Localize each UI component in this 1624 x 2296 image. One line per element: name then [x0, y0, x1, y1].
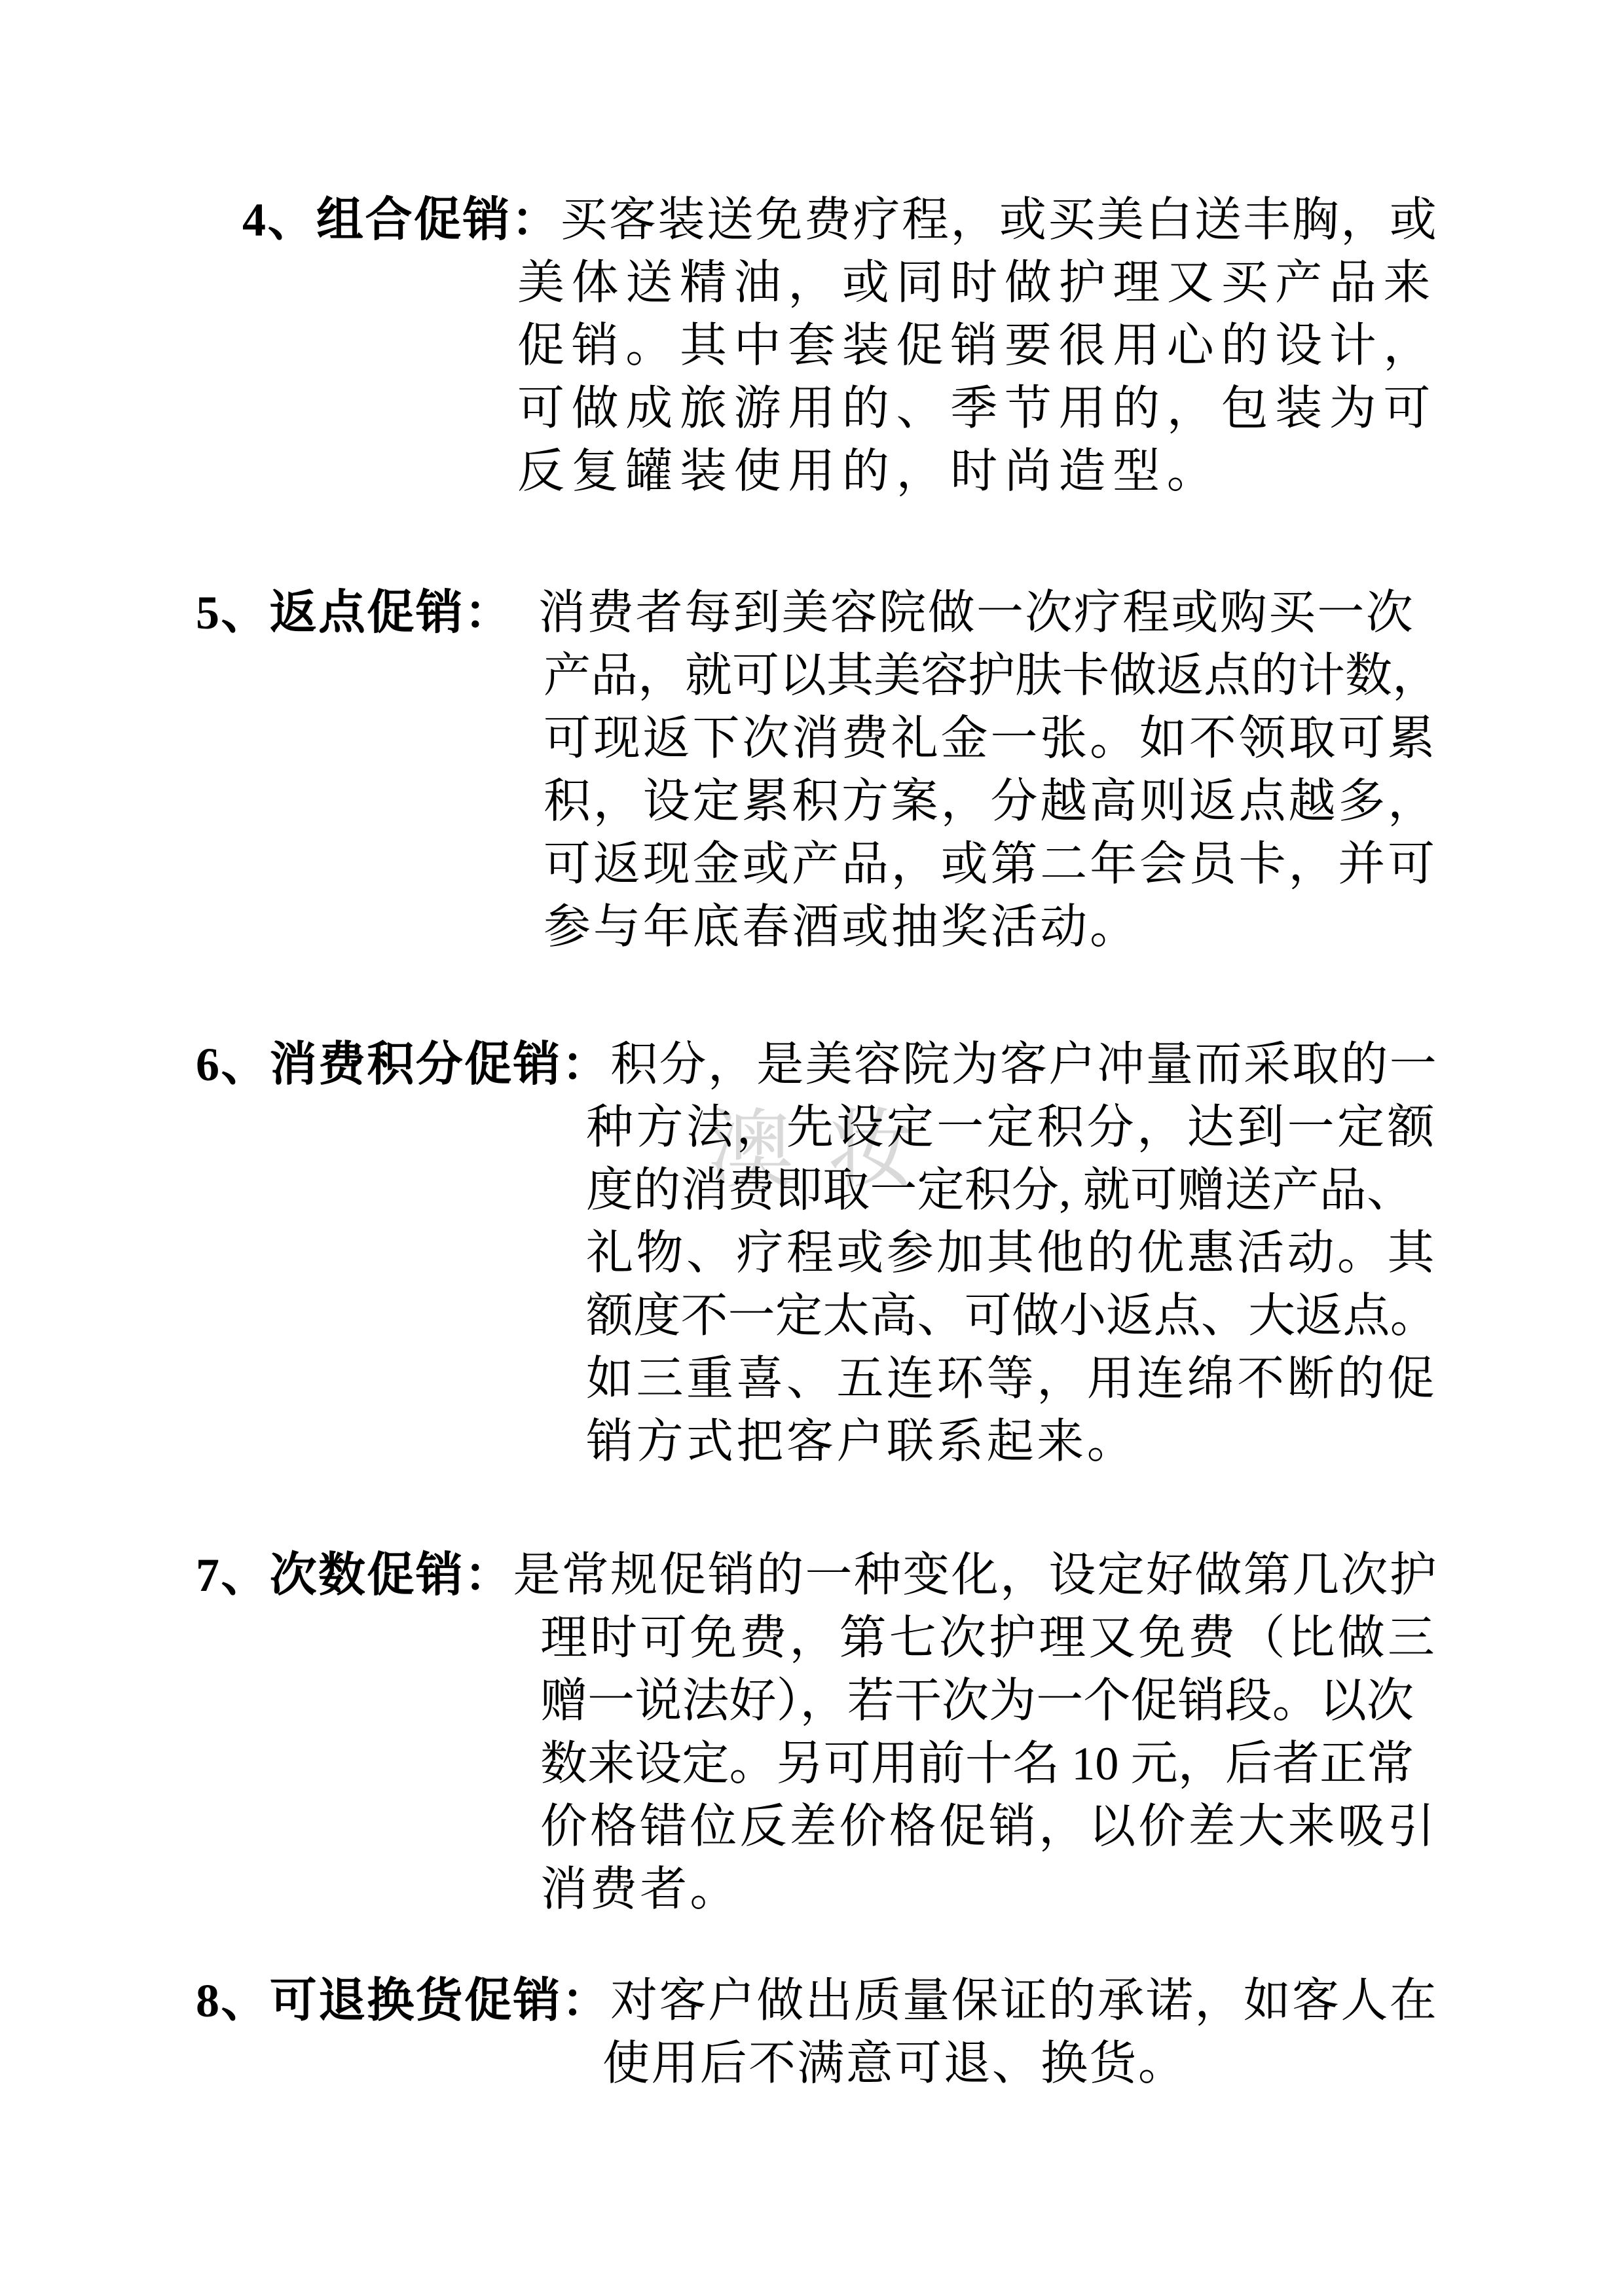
- text-line: 使用后不满意可退、换货。: [602, 2032, 1187, 2095]
- item-label: 8、可退换货促销：: [196, 1975, 610, 2027]
- text-line: 8、可退换货促销：对客户做出质量保证的承诺，如客人在: [196, 1969, 1438, 2032]
- document-page: 澳妆 4、组合促销：买客装送免费疗程，或买美白送丰胸，或美体送精油，或同时做护理…: [0, 0, 1624, 2296]
- item-body-start: 对客户做出质量保证的承诺，如客人在: [610, 1975, 1438, 2027]
- promo-item-8: 8、可退换货促销：对客户做出质量保证的承诺，如客人在使用后不满意可退、换货。: [0, 0, 1624, 2296]
